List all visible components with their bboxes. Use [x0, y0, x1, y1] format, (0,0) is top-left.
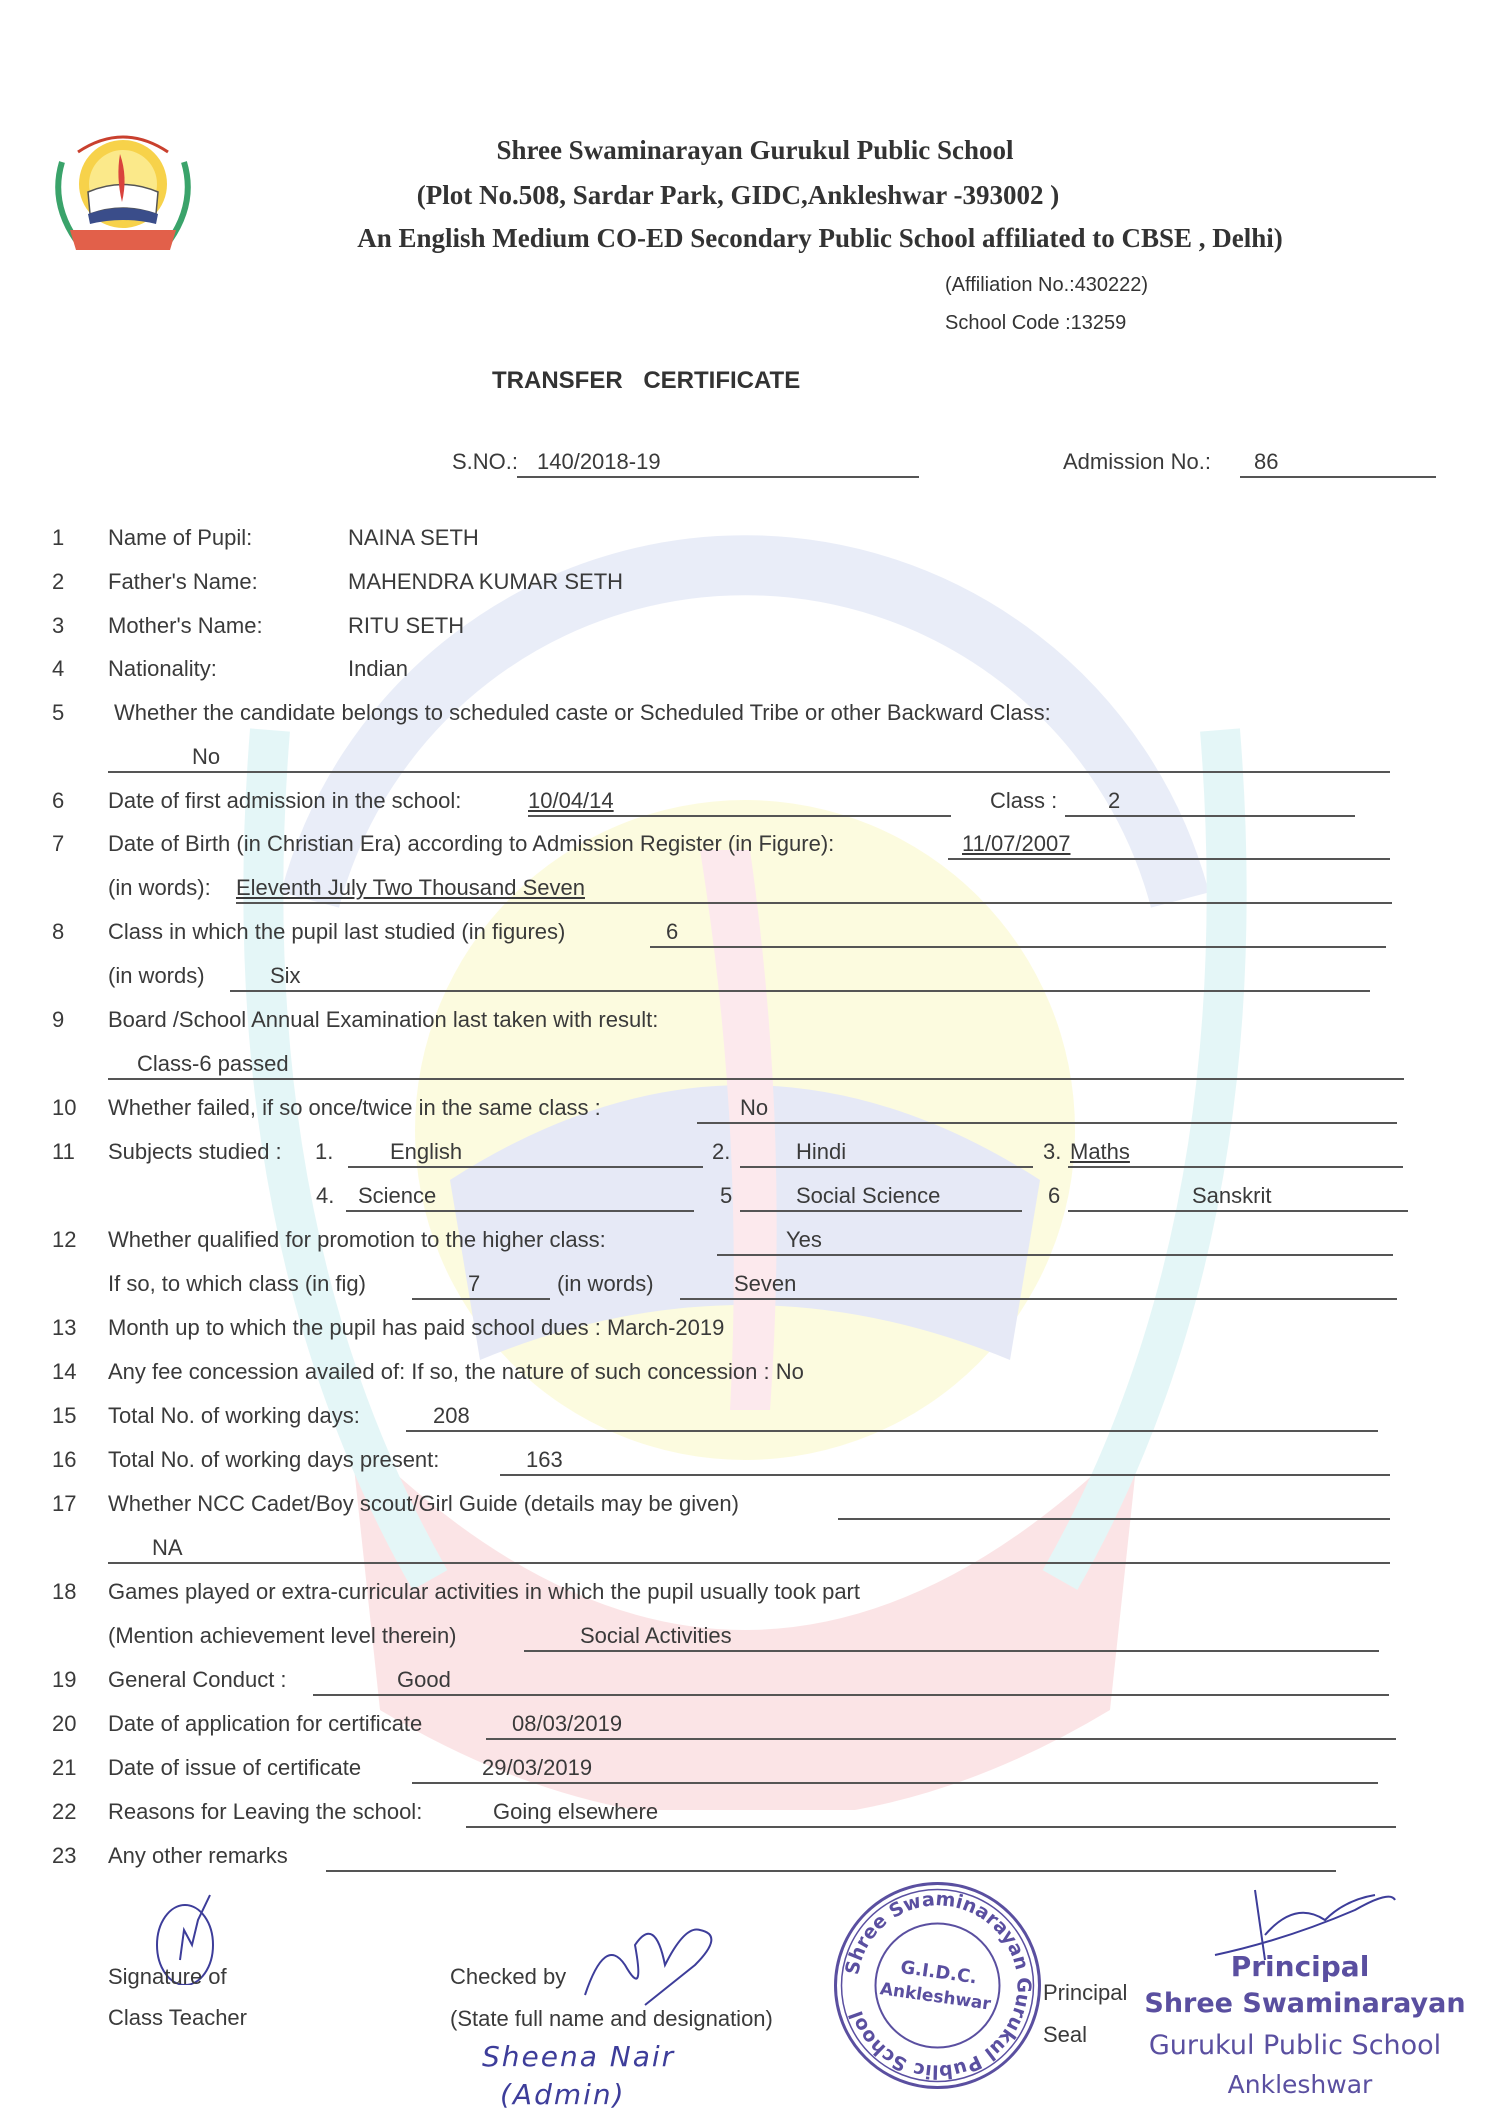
affiliation-number: (Affiliation No.:430222)	[945, 274, 1148, 297]
subject-name: Social Science	[796, 1183, 940, 1209]
field-label: Date of Birth (in Christian Era) accordi…	[108, 831, 834, 857]
field-rule	[697, 1122, 1397, 1124]
school-address: (Plot No.508, Sardar Park, GIDC,Ankleshw…	[0, 180, 1488, 211]
field-rule	[108, 1078, 1404, 1080]
school-tagline: An English Medium CO-ED Secondary Public…	[70, 223, 1500, 254]
field-number: 18	[52, 1579, 76, 1605]
admission-value: 86	[1254, 449, 1278, 475]
field-label: Subjects studied :	[108, 1139, 282, 1165]
field-number: 8	[52, 919, 64, 945]
field-number: 21	[52, 1755, 76, 1781]
words-value: Seven	[734, 1271, 796, 1297]
field-label: Name of Pupil:	[108, 525, 252, 551]
field-number: 5	[52, 700, 64, 726]
field-label: Total No. of working days:	[108, 1403, 360, 1429]
stamp-location: Ankleshwar	[1160, 2070, 1440, 2099]
subject-number: 4.	[316, 1183, 334, 1209]
field-number: 13	[52, 1315, 76, 1341]
subject-rule	[346, 1210, 694, 1212]
field-value: NA	[152, 1535, 183, 1561]
field-label: Nationality:	[108, 656, 217, 682]
class-value: 2	[1108, 788, 1120, 814]
field-rule	[108, 1562, 1390, 1564]
field-label: Father's Name:	[108, 569, 258, 595]
field-value: 29/03/2019	[482, 1755, 592, 1781]
subject-name: English	[390, 1139, 462, 1165]
field-value: 6	[666, 919, 678, 945]
words-rule	[236, 902, 1392, 904]
subject-name: Sanskrit	[1192, 1183, 1271, 1209]
field-number: 17	[52, 1491, 76, 1517]
field-label: Board /School Annual Examination last ta…	[108, 1007, 658, 1033]
field-label: Any fee concession availed of: If so, th…	[108, 1359, 804, 1385]
words-label: (in words):	[108, 875, 211, 901]
field-rule	[650, 946, 1386, 948]
field-number: 11	[52, 1139, 75, 1165]
field-rule	[500, 1474, 1390, 1476]
checked-by-label: Checked by	[450, 1964, 566, 1990]
field-value: 208	[433, 1403, 470, 1429]
subject-rule	[348, 1166, 703, 1168]
field-number: 4	[52, 656, 64, 682]
field-label: Games played or extra-curricular activit…	[108, 1579, 860, 1605]
fig-value: 7	[468, 1271, 480, 1297]
subject-number: 1.	[315, 1139, 333, 1165]
field-label: Date of first admission in the school:	[108, 788, 461, 814]
class-teacher-label-2: Class Teacher	[108, 2005, 247, 2031]
stamp-principal: Principal	[1160, 1950, 1440, 1983]
field-rule	[486, 1738, 1396, 1740]
subject-rule	[740, 1210, 1022, 1212]
checker-role: (Admin)	[500, 2078, 626, 2111]
field-rule	[313, 1694, 1389, 1696]
field-label: Total No. of working days present:	[108, 1447, 439, 1473]
field-value: Yes	[786, 1227, 822, 1253]
principal-seal-label-1: Principal	[1043, 1980, 1127, 2006]
field-label: Date of application for certificate	[108, 1711, 422, 1737]
field-number: 22	[52, 1799, 76, 1825]
field-value: MAHENDRA KUMAR SETH	[348, 569, 623, 595]
field-number: 16	[52, 1447, 76, 1473]
stamp-school-line-1: Shree Swaminarayan	[1140, 1988, 1470, 2019]
field-label: Date of issue of certificate	[108, 1755, 361, 1781]
field-rule	[406, 1430, 1378, 1432]
words-rule	[230, 990, 1370, 992]
words-label: (in words)	[557, 1271, 654, 1297]
fig-rule	[412, 1298, 550, 1300]
field-rule	[466, 1826, 1396, 1828]
field-number: 15	[52, 1403, 76, 1429]
subject-name: Hindi	[796, 1139, 846, 1165]
words-value: Eleventh July Two Thousand Seven	[236, 875, 585, 901]
subject-number: 5	[720, 1183, 732, 1209]
field-value: NAINA SETH	[348, 525, 479, 551]
subject-number: 3.	[1043, 1139, 1061, 1165]
fig-label: If so, to which class (in fig)	[108, 1271, 366, 1297]
field-value: Social Activities	[580, 1623, 732, 1649]
class-teacher-label-1: Signature of	[108, 1964, 227, 1990]
field-number: 12	[52, 1227, 76, 1253]
field-number: 23	[52, 1843, 76, 1869]
serial-rule	[517, 476, 919, 478]
field-value: RITU SETH	[348, 613, 464, 639]
school-seal-icon: Shree Swaminarayan Gurukul Public School…	[830, 1878, 1045, 2093]
field-value: 163	[526, 1447, 563, 1473]
field-label: Any other remarks	[108, 1843, 288, 1869]
field-value: No	[740, 1095, 768, 1121]
field-label: Whether NCC Cadet/Boy scout/Girl Guide (…	[108, 1491, 739, 1517]
field-label: Whether failed, if so once/twice in the …	[108, 1095, 601, 1121]
words-rule	[680, 1298, 1397, 1300]
field-label-2: (Mention achievement level therein)	[108, 1623, 457, 1649]
checker-name: Sheena Nair	[482, 2040, 675, 2073]
subject-number: 2.	[712, 1139, 730, 1165]
field-rule	[717, 1254, 1393, 1256]
field-value: 11/07/2007	[962, 831, 1070, 857]
school-code: School Code :13259	[945, 312, 1126, 335]
words-value: Six	[270, 963, 301, 989]
field-number: 14	[52, 1359, 76, 1385]
field-number: 3	[52, 613, 64, 639]
admission-label: Admission No.:	[1063, 449, 1211, 475]
subject-rule	[740, 1166, 1033, 1168]
field-label: Mother's Name:	[108, 613, 263, 639]
stamp-school-line-2: Gurukul Public School	[1125, 2030, 1465, 2061]
field-number: 6	[52, 788, 64, 814]
principal-seal-label-2: Seal	[1043, 2022, 1087, 2048]
field-number: 19	[52, 1667, 76, 1693]
school-name: Shree Swaminarayan Gurukul Public School	[5, 135, 1500, 166]
field-number: 2	[52, 569, 64, 595]
field-value: Class-6 passed	[137, 1051, 289, 1077]
field-value: No	[192, 744, 220, 770]
field-value: Indian	[348, 656, 408, 682]
field-number: 9	[52, 1007, 64, 1033]
field-label: General Conduct :	[108, 1667, 287, 1693]
field-number: 20	[52, 1711, 76, 1737]
subject-name: Science	[358, 1183, 436, 1209]
state-full-name-label: (State full name and designation)	[450, 2006, 773, 2032]
checker-signature-icon	[575, 1905, 745, 2015]
certificate-title: TRANSFER CERTIFICATE	[492, 367, 800, 395]
field-value: 10/04/14	[528, 788, 614, 814]
field-label: Whether qualified for promotion to the h…	[108, 1227, 606, 1253]
field-number: 10	[52, 1095, 76, 1121]
field-rule	[948, 858, 1390, 860]
field-label: Reasons for Leaving the school:	[108, 1799, 422, 1825]
subject-rule	[1068, 1210, 1408, 1212]
field-rule	[412, 1782, 1378, 1784]
field-rule	[528, 815, 951, 817]
field-label: Month up to which the pupil has paid sch…	[108, 1315, 724, 1341]
field-number: 1	[52, 525, 64, 551]
field-number: 7	[52, 831, 64, 857]
field-rule	[524, 1650, 1379, 1652]
admission-rule	[1240, 476, 1436, 478]
field-label: Class in which the pupil last studied (i…	[108, 919, 565, 945]
subject-name: Maths	[1070, 1139, 1130, 1165]
field-rule	[326, 1870, 1336, 1872]
serial-label: S.NO.:	[452, 449, 518, 475]
field-rule	[838, 1518, 1390, 1520]
subject-number: 6	[1048, 1183, 1060, 1209]
class-rule	[1065, 815, 1355, 817]
subject-rule	[1068, 1166, 1403, 1168]
serial-value: 140/2018-19	[537, 449, 661, 475]
field-value: Good	[397, 1667, 451, 1693]
field-rule	[108, 771, 1390, 773]
field-label: Whether the candidate belongs to schedul…	[114, 700, 1051, 726]
field-value: 08/03/2019	[512, 1711, 622, 1737]
svg-text:Shree Swaminarayan Gurukul Pub: Shree Swaminarayan Gurukul Public School	[841, 1888, 1034, 2083]
words-label: (in words)	[108, 963, 205, 989]
field-value: Going elsewhere	[493, 1799, 658, 1825]
class-label: Class :	[990, 788, 1057, 814]
